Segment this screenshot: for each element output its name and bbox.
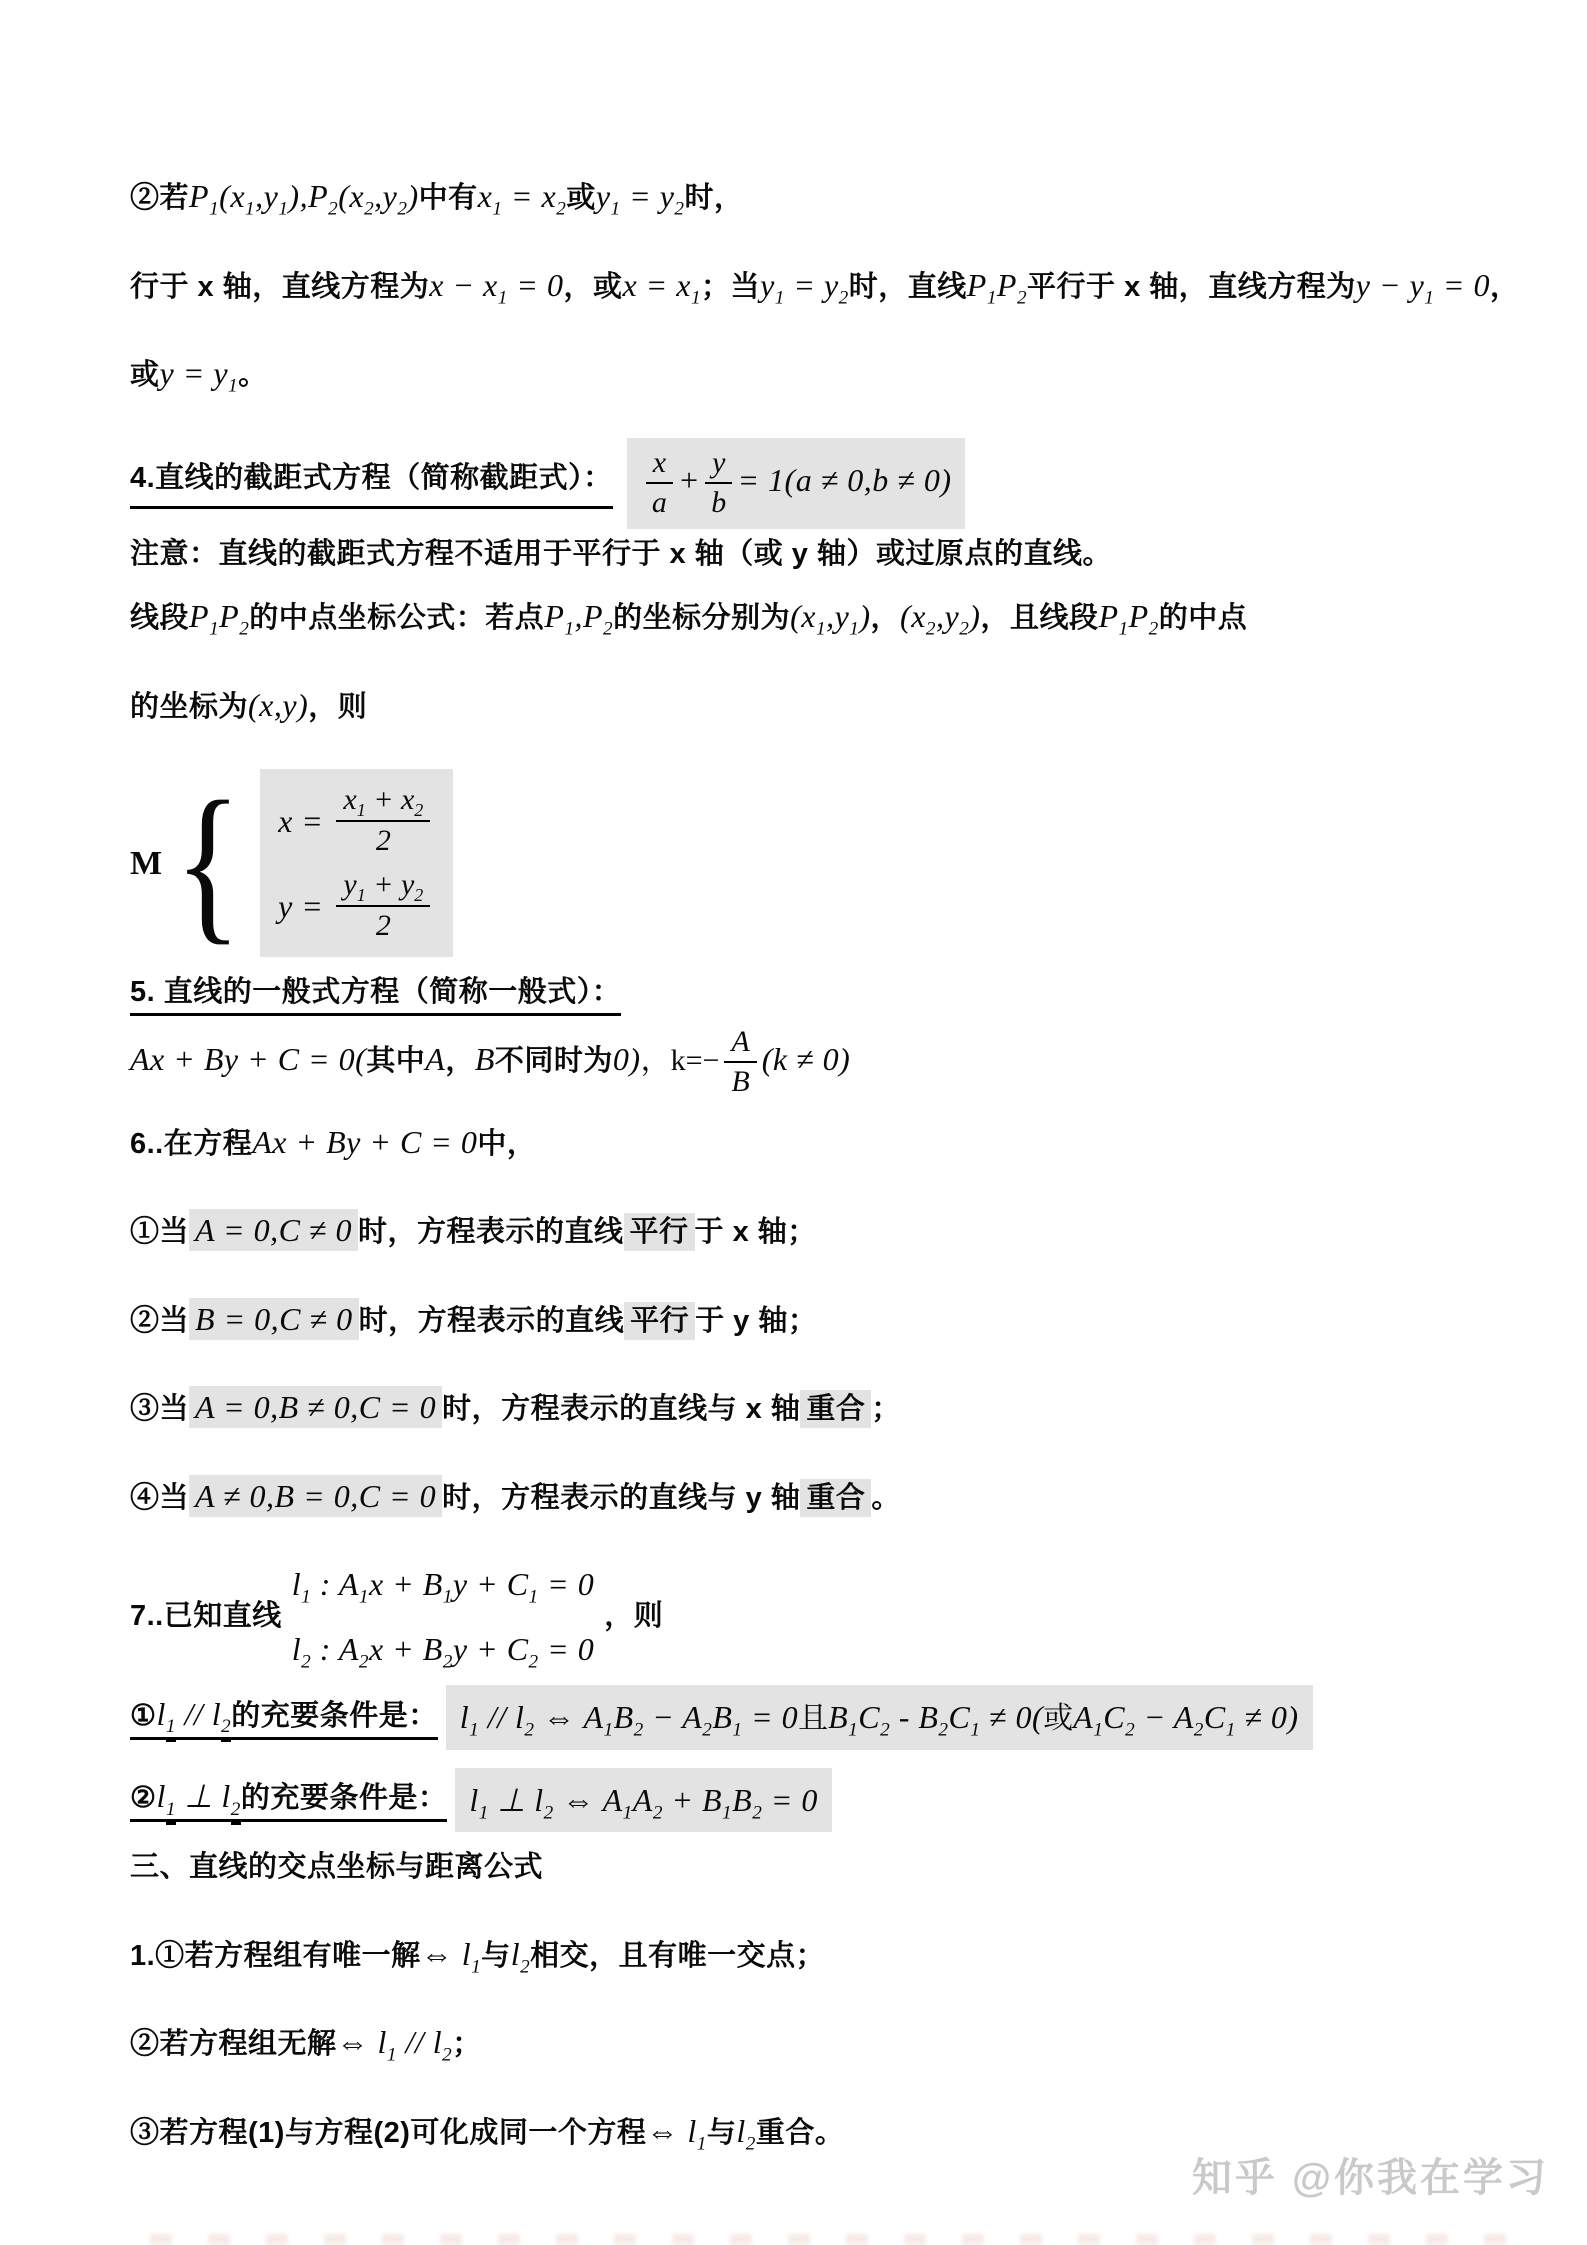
math-run: 0): [613, 1041, 641, 1077]
math-run: l1 : A1x + B1y + C1 = 0: [292, 1566, 594, 1602]
text-run: 时，方程表示的直线与 x 轴: [442, 1393, 800, 1425]
watermark-text: 知乎 @你我在学习: [1192, 2156, 1549, 2200]
fraction-numerator: x1 + x2: [336, 783, 430, 822]
highlighted-math-run: A ≠ 0,B = 0,C = 0: [189, 1475, 442, 1517]
math-run: = 1(a ≠ 0,b ≠ 0): [737, 462, 951, 498]
text-run: 于 x 轴；: [695, 1216, 817, 1248]
para-parallel-x-axis: 行于 x 轴，直线方程为x − x1 = 0，或x = x1；当y1 = y2时…: [130, 261, 1545, 310]
fraction-numerator: y: [705, 446, 732, 485]
highlight-box: xa+yb= 1(a ≠ 0,b ≠ 0): [627, 438, 966, 529]
general-form-formula: Ax + By + C = 0(其中A，B不同时为0)，k=−AB(k ≠ 0): [130, 1025, 1545, 1100]
math-run: l1 // l2 ⇔ A1B2 − A2B1 = 0: [460, 1699, 798, 1735]
text-run: 5. 直线的一般式方程（简称一般式）：: [130, 976, 621, 1008]
math-run: P1,P2: [544, 598, 613, 634]
fraction-numerator: y1 + y2: [336, 868, 430, 907]
math-run: x =: [278, 797, 323, 845]
highlight-box: l1 // l2 ⇔ A1B2 − A2B1 = 0且B1C2 - B2C1 ≠…: [446, 1685, 1313, 1750]
text-run: 平行于 x 轴，直线方程为: [1027, 271, 1356, 303]
text-run: 三、直线的交点坐标与距离公式: [130, 1851, 543, 1883]
section-6-intro: 6..在方程Ax + By + C = 0中，: [130, 1118, 1545, 1167]
math-run: P1(x1,y1),P2(x2,y2): [189, 178, 419, 214]
item-no-solution: ②若方程组无解⇔ l1 // l2；: [130, 2018, 1545, 2067]
math-run: Ax + By + C = 0: [252, 1124, 477, 1160]
heading-intercept-form: 4.直线的截距式方程（简称截距式）：xa+yb= 1(a ≠ 0,b ≠ 0): [130, 438, 1545, 529]
equation-row: y =y1 + y22: [278, 868, 435, 943]
highlighted-math-run: A = 0,C ≠ 0: [189, 1209, 358, 1251]
point-label: M: [130, 838, 162, 889]
math-run: y1 = y2: [596, 178, 685, 214]
underlined-label: ②l1 ⊥ l2的充要条件是：: [130, 1782, 447, 1822]
fraction-denominator: B: [731, 1063, 749, 1100]
math-run: l2: [736, 2113, 755, 2149]
text-run: ；: [871, 1393, 901, 1425]
text-run: 6..在方程: [130, 1128, 252, 1160]
text-run: 1.①若方程组有唯一解: [130, 1940, 421, 1972]
section-7-intro: 7..已知直线l1 : A1x + B1y + C1 = 0l2 : A2x +…: [130, 1560, 1545, 1673]
math-run: y = y1: [160, 355, 239, 391]
math-run: (k ≠ 0): [762, 1041, 851, 1077]
text-run: 时，方程表示的直线: [359, 1305, 625, 1337]
fraction-denominator: 2: [376, 822, 391, 859]
math-run: l2: [511, 1936, 530, 1972]
fraction-numerator: x: [646, 446, 673, 485]
highlighted-text-run: 平行: [624, 1302, 695, 1340]
math-run: B1C2 - B2C1 ≠ 0(: [828, 1699, 1043, 1735]
fraction: xa: [646, 446, 673, 521]
text-run: 或: [566, 182, 596, 214]
fraction: y1 + y22: [336, 868, 430, 943]
highlighted-text-run: 重合: [800, 1390, 871, 1428]
section-3-heading: 三、直线的交点坐标与距离公式: [130, 1846, 1545, 1890]
equation-row: l2 : A2x + B2y + C2 = 0: [292, 1625, 594, 1674]
note-intercept-form: 注意：直线的截距式方程不适用于平行于 x 轴（或 y 轴）或过原点的直线。: [130, 533, 1545, 577]
system-brace: {: [174, 784, 241, 942]
text-run: 的充要条件是：: [231, 1700, 438, 1732]
item-7-perpendicular: ②l1 ⊥ l2的充要条件是：l1 ⊥ l2 ⇔ A1A2 + B1B2 = 0: [130, 1768, 1545, 1833]
midpoint-formula-intro: 线段P1P2的中点坐标公式：若点P1,P2的坐标分别为(x1,y1)，(x2,y…: [130, 592, 1545, 641]
math-run: P1P2: [1098, 598, 1158, 634]
text-run: 的充要条件是：: [241, 1782, 448, 1814]
text-run: ①: [130, 1700, 157, 1732]
fraction: AB: [724, 1025, 756, 1100]
text-run: ②若方程组无解: [130, 2028, 337, 2060]
item-6-2: ②当B = 0,C ≠ 0时，方程表示的直线平行于 y 轴；: [130, 1295, 1545, 1344]
text-run: ①当: [130, 1216, 189, 1248]
math-run: x = x1: [622, 267, 701, 303]
fraction-numerator: A: [724, 1025, 756, 1064]
math-run: y1 = y2: [760, 267, 849, 303]
text-run: 的坐标分别为: [613, 602, 790, 634]
text-run: 或: [130, 359, 160, 391]
text-run: 时，: [685, 182, 744, 214]
math-run: (x,y): [248, 687, 308, 723]
math-run: x1 = x2: [478, 178, 567, 214]
math-run: A1C2 − A2C1 ≠ 0): [1073, 1699, 1298, 1735]
text-run: ，则: [308, 691, 367, 723]
text-run: 时，方程表示的直线与 y 轴: [442, 1482, 800, 1514]
text-run: ，: [445, 1045, 475, 1077]
text-run: 时，直线: [849, 271, 967, 303]
watermark: 知乎 @你我在学习: [1192, 2146, 1549, 2203]
underlined-label: 5. 直线的一般式方程（简称一般式）：: [130, 976, 621, 1016]
math-run: ⇔ l1: [421, 1936, 481, 1972]
text-run: ②若: [130, 182, 189, 214]
highlight-box: x =x1 + x22y =y1 + y22: [260, 769, 453, 957]
midpoint-coords: 的坐标为(x,y)，则: [130, 681, 1545, 730]
para-or-y: 或y = y1。: [130, 349, 1545, 398]
text-run: 中，: [477, 1128, 536, 1160]
document-content: ②若P1(x1,y1),P2(x2,y2)中有x1 = x2或y1 = y2时，…: [130, 172, 1545, 2195]
math-run: B: [475, 1041, 495, 1077]
text-run: 线段: [130, 602, 189, 634]
text-run: 4.直线的截距式方程（简称截距式）：: [130, 462, 613, 494]
item-6-4: ④当A ≠ 0,B = 0,C = 0时，方程表示的直线与 y 轴重合。: [130, 1472, 1545, 1521]
fraction-denominator: 2: [376, 907, 391, 944]
math-run: Ax + By + C = 0(: [130, 1041, 366, 1077]
math-run: y − y1 = 0: [1356, 267, 1490, 303]
item-7-parallel: ①l1 // l2的充要条件是：l1 // l2 ⇔ A1B2 − A2B1 =…: [130, 1685, 1545, 1750]
math-run: y =: [278, 882, 323, 930]
text-run: ②: [130, 1782, 157, 1814]
text-run: ，且线段: [980, 602, 1098, 634]
document-page: ②若P1(x1,y1),P2(x2,y2)中有x1 = x2或y1 = y2时，…: [0, 0, 1587, 2245]
next-line-cutoff: [150, 2234, 1527, 2245]
underlined-label: ①l1 // l2的充要条件是：: [130, 1700, 438, 1740]
text-run: ，则: [604, 1595, 663, 1639]
roman-run: ，k=−: [641, 1044, 720, 1077]
text-run: 7..已知直线: [130, 1595, 282, 1639]
text-run: 其中: [366, 1045, 425, 1077]
equation-row: l1 : A1x + B1y + C1 = 0: [292, 1560, 594, 1609]
para-case2-intro: ②若P1(x1,y1),P2(x2,y2)中有x1 = x2或y1 = y2时，: [130, 172, 1545, 221]
fraction: x1 + x22: [336, 783, 430, 858]
highlight-box: l1 ⊥ l2 ⇔ A1A2 + B1B2 = 0: [455, 1768, 832, 1833]
text-run: 的中点: [1159, 602, 1248, 634]
roman-run: 且: [798, 1702, 828, 1735]
text-run: 中有: [419, 182, 478, 214]
text-run: 不同时为: [495, 1045, 613, 1077]
math-run: l1 ⊥ l2 ⇔ A1A2 + B1B2 = 0: [469, 1782, 818, 1818]
highlighted-text-run: 平行: [624, 1213, 695, 1251]
midpoint-system: M{x =x1 + x22y =y1 + y22: [130, 769, 1545, 957]
text-run: 行于 x 轴，直线方程为: [130, 271, 429, 303]
roman-run: 或: [1043, 1702, 1073, 1735]
highlighted-math-run: B = 0,C ≠ 0: [189, 1298, 359, 1340]
math-run: l2 : A2x + B2y + C2 = 0: [292, 1631, 594, 1667]
text-run: 注意：直线的截距式方程不适用于平行于 x 轴（或 y 轴）或过原点的直线。: [130, 538, 1112, 570]
math-run: (x2,y2): [900, 598, 980, 634]
math-run: l1 ⊥ l2: [157, 1778, 241, 1814]
text-run: 相交，且有唯一交点；: [530, 1940, 825, 1972]
text-run: ，: [1490, 271, 1520, 303]
text-run: 时，方程表示的直线: [358, 1216, 624, 1248]
text-run: ④当: [130, 1482, 189, 1514]
item-6-1: ①当A = 0,C ≠ 0时，方程表示的直线平行于 x 轴；: [130, 1206, 1545, 1255]
heading-general-form: 5. 直线的一般式方程（简称一般式）：: [130, 971, 1545, 1015]
math-run: ⇔ l1: [646, 2113, 706, 2149]
math-run: x − x1 = 0: [429, 267, 563, 303]
text-run: ；: [452, 2028, 482, 2060]
text-run: 的坐标为: [130, 691, 248, 723]
text-run: 的中点坐标公式：若点: [249, 602, 544, 634]
item-intersect-unique: 1.①若方程组有唯一解⇔ l1与l2相交，且有唯一交点；: [130, 1930, 1545, 1979]
math-run: ⇔ l1 // l2: [337, 2024, 453, 2060]
math-run: P1P2: [967, 267, 1027, 303]
math-run: l1 // l2: [157, 1696, 232, 1732]
text-run: 。: [238, 359, 268, 391]
text-run: ，或: [563, 271, 622, 303]
item-6-3: ③当A = 0,B ≠ 0,C = 0时，方程表示的直线与 x 轴重合；: [130, 1383, 1545, 1432]
highlighted-math-run: A = 0,B ≠ 0,C = 0: [189, 1386, 442, 1428]
text-run: 于 y 轴；: [695, 1305, 817, 1337]
text-run: ③当: [130, 1393, 189, 1425]
text-run: ③若方程(1)与方程(2)可化成同一个方程: [130, 2117, 646, 2149]
fraction-denominator: b: [711, 484, 726, 521]
text-run: 重合。: [756, 2117, 845, 2149]
math-run: P1P2: [189, 598, 249, 634]
equation-stack: l1 : A1x + B1y + C1 = 0l2 : A2x + B2y + …: [292, 1560, 594, 1673]
text-run: ；当: [701, 271, 760, 303]
fraction-denominator: a: [652, 484, 667, 521]
highlighted-text-run: 重合: [800, 1479, 871, 1517]
math-run: (x1,y1): [790, 598, 870, 634]
fraction: yb: [705, 446, 732, 521]
text-run: 与: [707, 2117, 737, 2149]
math-run: +: [678, 462, 700, 498]
text-run: 与: [481, 1940, 511, 1972]
equation-row: x =x1 + x22: [278, 783, 435, 858]
math-run: A: [425, 1041, 445, 1077]
text-run: ，: [871, 602, 901, 634]
text-run: 。: [871, 1482, 901, 1514]
text-run: ②当: [130, 1305, 189, 1337]
underlined-label: 4.直线的截距式方程（简称截距式）：: [130, 457, 613, 509]
